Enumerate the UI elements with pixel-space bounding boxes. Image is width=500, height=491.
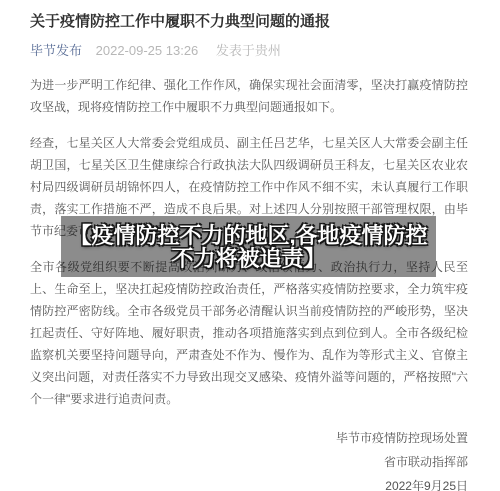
account-name-link[interactable]: 毕节发布	[30, 43, 82, 58]
publish-location: 发表于贵州	[216, 43, 281, 58]
caption-banner-overlay: 【疫情防控不力的地区,各地疫情防控 不力将被追责】	[61, 216, 436, 277]
byline: 毕节发布 2022-09-25 13:26 发表于贵州	[30, 42, 468, 60]
caption-banner-line1: 【疫情防控不力的地区,各地疫情防控	[69, 224, 427, 247]
publish-timestamp: 2022-09-25 13:26	[96, 43, 199, 58]
signature-org-line1: 毕节市疫情防控现场处置	[30, 426, 468, 450]
article-title: 关于疫情防控工作中履职不力典型问题的通报	[30, 10, 468, 33]
signature-org-line2: 省市联动指挥部	[30, 450, 468, 474]
article-page: 关于疫情防控工作中履职不力典型问题的通报 毕节发布 2022-09-25 13:…	[0, 0, 500, 491]
signature-date: 2022年9月25日	[30, 474, 468, 491]
paragraph-requirements: 全市各级党组织要不断提高政治判断力、政治领悟力、政治执行力，坚持人民至上、生命至…	[30, 256, 468, 410]
signature-block: 毕节市疫情防控现场处置 省市联动指挥部 2022年9月25日	[30, 426, 468, 491]
paragraph-intro: 为进一步严明工作纪律、强化工作作风，确保实现社会面清零，坚决打赢疫情防控攻坚战，…	[30, 74, 468, 118]
caption-banner-line2: 不力将被追责】	[171, 247, 325, 270]
